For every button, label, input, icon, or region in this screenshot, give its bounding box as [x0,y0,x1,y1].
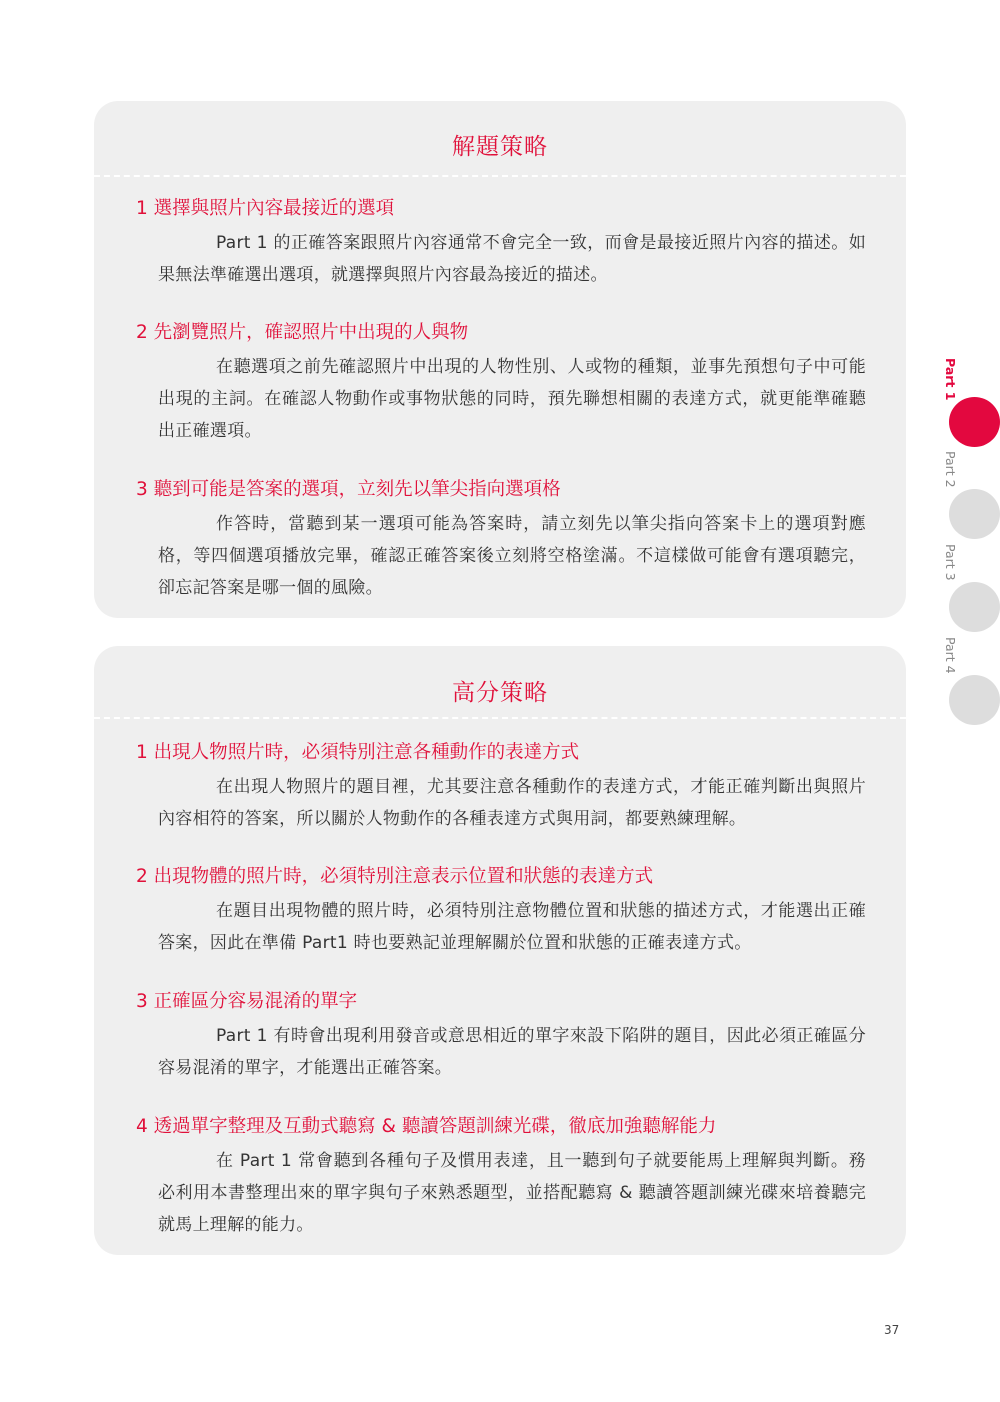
side-tab-label: Part 4 [938,637,958,674]
page-number: 37 [884,1323,899,1337]
book-page: 解題策略 1 選擇與照片內容最接近的選項 Part 1 的正確答案跟照片內容通常… [0,0,1000,1402]
strategy-heading: 1 選擇與照片內容最接近的選項 [136,196,866,222]
side-tab-label: Part 3 [938,544,958,581]
side-tab-label: Part 1 [938,358,958,400]
side-tab-part-4[interactable]: Part 4 [928,634,1000,729]
dashed-divider [94,175,906,177]
side-tab-part-1[interactable]: Part 1 [928,355,1000,450]
strategy-box-solving: 解題策略 1 選擇與照片內容最接近的選項 Part 1 的正確答案跟照片內容通常… [94,101,906,618]
strategy-body: 在出現人物照片的題目裡，尤其要注意各種動作的表達方式，才能正確判斷出與照片內容相… [136,771,866,835]
side-tab-label: Part 2 [938,451,958,488]
strategy-body: Part 1 有時會出現利用發音或意思相近的單字來設下陷阱的題目，因此必須正確區… [136,1020,866,1084]
strategy-item: 2 先瀏覽照片，確認照片中出現的人與物 在聽選項之前先確認照片中出現的人物性別、… [136,320,866,447]
strategy-body: Part 1 的正確答案跟照片內容通常不會完全一致，而會是最接近照片內容的描述。… [136,227,866,291]
dashed-divider [94,717,906,719]
inactive-circle-icon [949,489,1000,539]
strategy-item: 3 聽到可能是答案的選項，立刻先以筆尖指向選項格 作答時，當聽到某一選項可能為答… [136,477,866,604]
strategy-heading: 1 出現人物照片時，必須特別注意各種動作的表達方式 [136,740,866,766]
side-tab-part-2[interactable]: Part 2 [928,448,1000,543]
strategy-heading: 2 出現物體的照片時，必須特別注意表示位置和狀態的表達方式 [136,864,866,890]
strategy-heading: 3 正確區分容易混淆的單字 [136,989,866,1015]
strategy-heading: 2 先瀏覽照片，確認照片中出現的人與物 [136,320,866,346]
inactive-circle-icon [949,675,1000,725]
strategy-body: 在 Part 1 常會聽到各種句子及慣用表達，且一聽到句子就要能馬上理解與判斷。… [136,1145,866,1241]
strategy-item: 1 選擇與照片內容最接近的選項 Part 1 的正確答案跟照片內容通常不會完全一… [136,196,866,291]
strategy-item: 3 正確區分容易混淆的單字 Part 1 有時會出現利用發音或意思相近的單字來設… [136,989,866,1084]
strategy-box-high-score: 高分策略 1 出現人物照片時，必須特別注意各種動作的表達方式 在出現人物照片的題… [94,646,906,1255]
strategy-body: 在題目出現物體的照片時，必須特別注意物體位置和狀態的描述方式，才能選出正確答案，… [136,895,866,959]
strategy-heading: 3 聽到可能是答案的選項，立刻先以筆尖指向選項格 [136,477,866,503]
strategy-body: 作答時，當聽到某一選項可能為答案時，請立刻先以筆尖指向答案卡上的選項對應格，等四… [136,508,866,604]
inactive-circle-icon [949,582,1000,632]
strategy-heading: 4 透過單字整理及互動式聽寫 & 聽讀答題訓練光碟，徹底加強聽解能力 [136,1114,866,1140]
strategy-item: 1 出現人物照片時，必須特別注意各種動作的表達方式 在出現人物照片的題目裡，尤其… [136,740,866,835]
strategy-body: 在聽選項之前先確認照片中出現的人物性別、人或物的種類，並事先預想句子中可能出現的… [136,351,866,447]
side-tab-part-3[interactable]: Part 3 [928,541,1000,636]
strategy-item: 2 出現物體的照片時，必須特別注意表示位置和狀態的表達方式 在題目出現物體的照片… [136,864,866,959]
section-title: 高分策略 [94,674,906,707]
section-title: 解題策略 [94,128,906,161]
active-circle-icon [949,397,1000,447]
strategy-item: 4 透過單字整理及互動式聽寫 & 聽讀答題訓練光碟，徹底加強聽解能力 在 Par… [136,1114,866,1241]
